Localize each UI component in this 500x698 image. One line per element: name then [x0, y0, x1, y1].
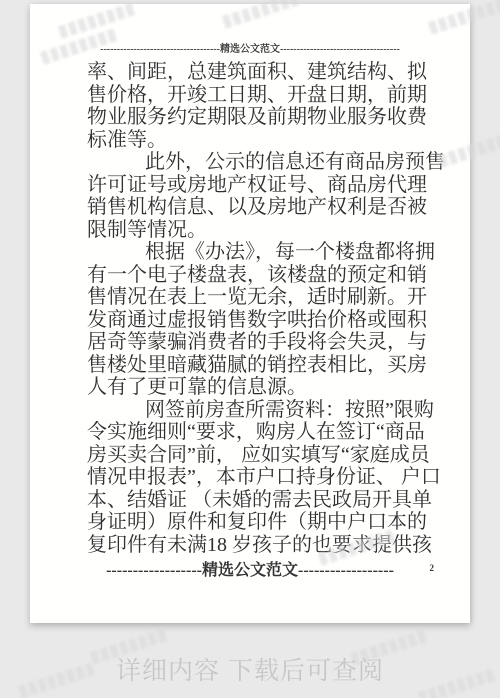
- text-line: 居奇等蒙骗消费者的手段将会失灵，与: [87, 331, 407, 354]
- text-line: 物业服务约定期限及前期物业服务收费: [87, 106, 407, 129]
- text-line: 售情况在表上一览无余，适时刷新。开: [87, 286, 407, 309]
- text-line: 令实施细则“要求，购房人在签订“商品: [87, 421, 407, 444]
- text-line: 销售机构信息、以及房地产权利是否被: [87, 196, 407, 219]
- document-page: ------------------------------------精选公文…: [30, 4, 470, 623]
- page-number: 2: [430, 563, 435, 573]
- text-line: 身证明）原件和复印件（期中户口本的: [87, 511, 407, 534]
- text-line: 发商通过虚报销售数字哄抬价格或囤积: [87, 309, 407, 332]
- text-line: 本、结婚证 （未婚的需去民政局开具单: [87, 489, 407, 512]
- text-line: 此外，公示的信息还有商品房预售: [87, 151, 407, 174]
- text-line: 有一个电子楼盘表，该楼盘的预定和销: [87, 264, 407, 287]
- document-body: 率、间距，总建筑面积、建筑结构、拟售价格，开竣工日期、开盘日期，前期物业服务约定…: [87, 61, 407, 556]
- text-line: 网签前房查所需资料：按照”限购: [87, 399, 407, 422]
- text-line: 标准等。: [87, 129, 407, 152]
- preview-canvas: ------------------------------------精选公文…: [0, 0, 500, 698]
- text-line: 许可证号或房地产权证号、商品房代理: [87, 174, 407, 197]
- text-line: 根据《办法》，每一个楼盘都将拥: [87, 241, 407, 264]
- page-footer-rule: ------------------精选公文范文----------------…: [30, 557, 470, 580]
- text-line: 限制等情况。: [87, 219, 407, 242]
- text-line: 人有了更可靠的信息源。: [87, 376, 407, 399]
- text-line: 售楼处里暗藏猫腻的销控表相比，买房: [87, 354, 407, 377]
- download-hint-caption: 详细内容 下载后可查阅: [0, 651, 500, 687]
- text-line: 情况申报表”，本市户口持身份证、 户口: [87, 466, 407, 489]
- text-line: 售价格，开竣工日期、开盘日期，前期: [87, 84, 407, 107]
- text-line: 率、间距，总建筑面积、建筑结构、拟: [87, 61, 407, 84]
- text-line: 房买卖合同”前， 应如实填写“家庭成员: [87, 444, 407, 467]
